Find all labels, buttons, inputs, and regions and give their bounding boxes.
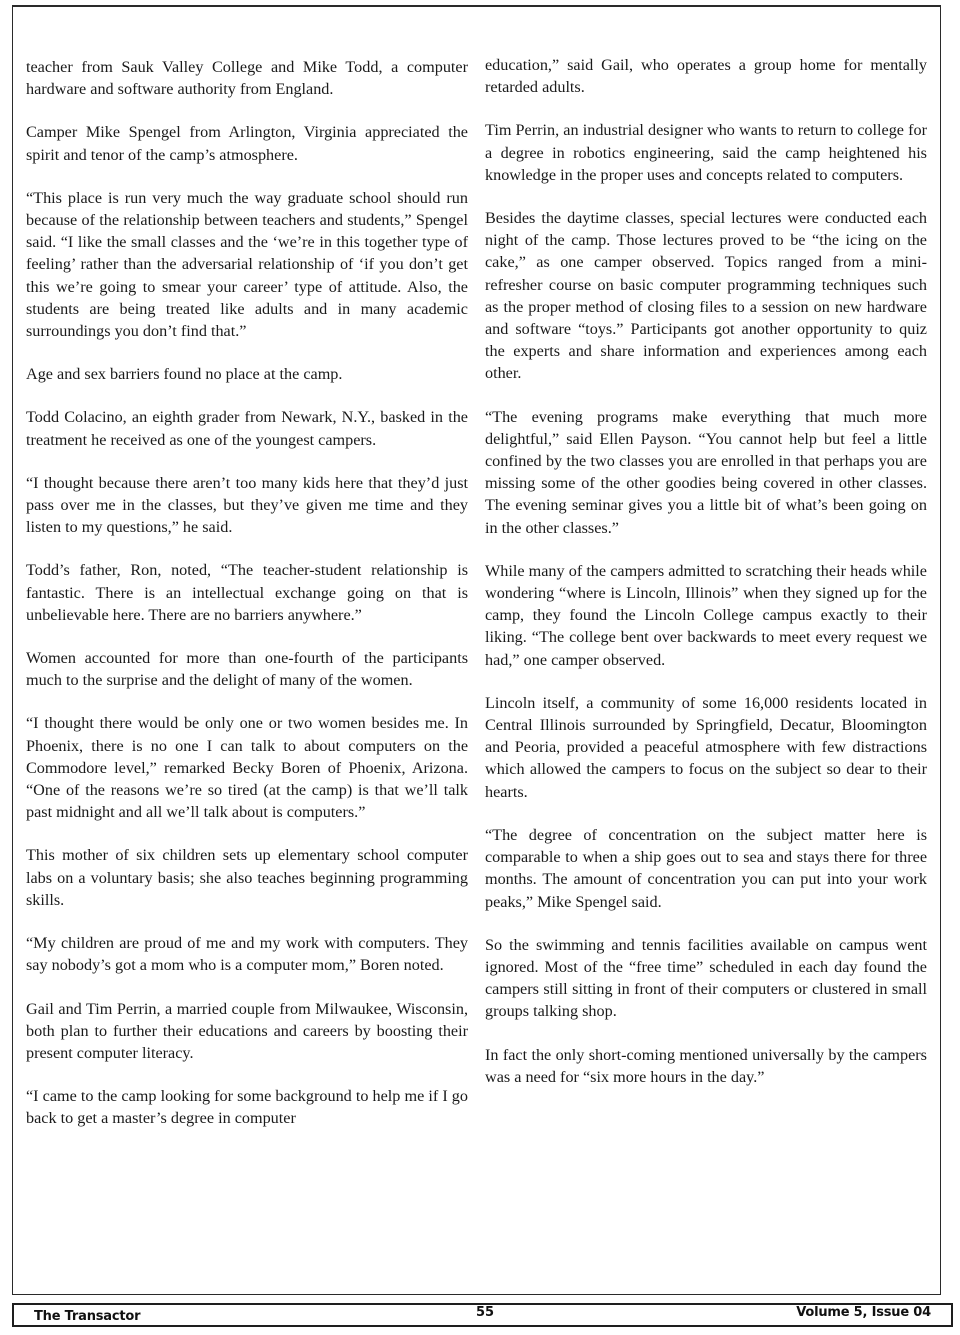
paragraph: “My children are proud of me and my work… [26, 932, 468, 976]
paragraph: “I thought because there aren’t too many… [26, 472, 468, 539]
paragraph: Gail and Tim Perrin, a married couple fr… [26, 998, 468, 1065]
magazine-title: The Transactor [34, 1309, 140, 1324]
paragraph: In fact the only short-coming mentioned … [485, 1044, 927, 1088]
paragraph: Camper Mike Spengel from Arlington, Virg… [26, 121, 468, 165]
issue-label: Volume 5, Issue 04 [796, 1305, 931, 1320]
page-footer: The Transactor 55 Volume 5, Issue 04 [12, 1303, 953, 1327]
paragraph: education,” said Gail, who operates a gr… [485, 54, 927, 98]
paragraph: “I thought there would be only one or tw… [26, 712, 468, 823]
right-column: education,” said Gail, who operates a gr… [485, 54, 927, 1109]
page-number: 55 [476, 1305, 494, 1320]
paragraph: Besides the daytime classes, special lec… [485, 207, 927, 385]
paragraph: Women accounted for more than one-fourth… [26, 647, 468, 691]
paragraph: Todd’s father, Ron, noted, “The teacher-… [26, 559, 468, 626]
paragraph: Lincoln itself, a community of some 16,0… [485, 692, 927, 803]
paragraph: Tim Perrin, an industrial designer who w… [485, 119, 927, 186]
paragraph: Todd Colacino, an eighth grader from New… [26, 406, 468, 450]
paragraph: Age and sex barriers found no place at t… [26, 363, 468, 385]
paragraph: teacher from Sauk Valley College and Mik… [26, 56, 468, 100]
paragraph: “The degree of concentration on the subj… [485, 824, 927, 913]
paragraph: “This place is run very much the way gra… [26, 187, 468, 342]
paragraph: “The evening programs make everything th… [485, 406, 927, 539]
paragraph: While many of the campers admitted to sc… [485, 560, 927, 671]
paragraph: This mother of six children sets up elem… [26, 844, 468, 911]
paragraph: So the swimming and tennis facilities av… [485, 934, 927, 1023]
left-column: teacher from Sauk Valley College and Mik… [26, 54, 468, 1151]
paragraph: “I came to the camp looking for some bac… [26, 1085, 468, 1129]
